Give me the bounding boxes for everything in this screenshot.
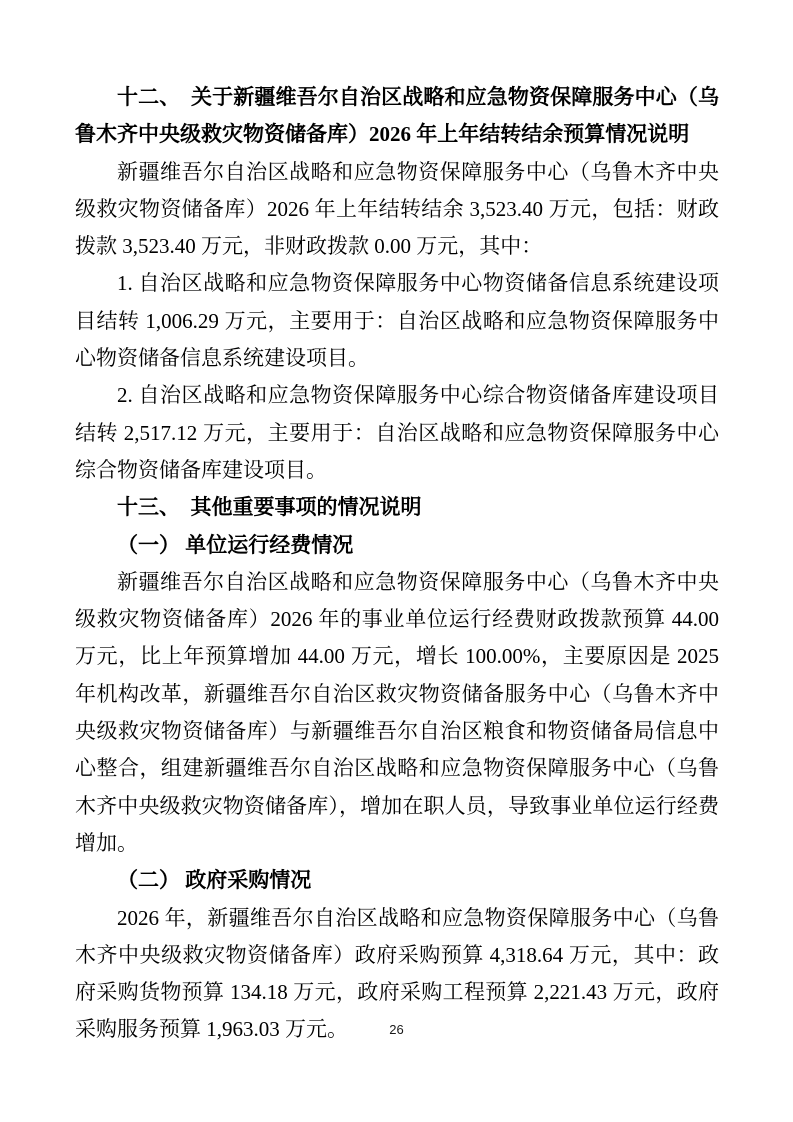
- document-body: 十二、 关于新疆维吾尔自治区战略和应急物资保障服务中心（乌鲁木齐中央级救灾物资储…: [75, 79, 719, 1049]
- paragraph-carryover-summary: 新疆维吾尔自治区战略和应急物资保障服务中心（乌鲁木齐中央级救灾物资储备库）202…: [75, 154, 719, 266]
- subheading-1-operating-expenses: （一） 单位运行经费情况: [75, 527, 719, 564]
- section-heading-13-other-important-matters: 十三、 其他重要事项的情况说明: [75, 489, 719, 526]
- subheading-2-government-procurement: （二） 政府采购情况: [75, 862, 719, 899]
- document-page: 十二、 关于新疆维吾尔自治区战略和应急物资保障服务中心（乌鲁木齐中央级救灾物资储…: [0, 0, 793, 1122]
- paragraph-item-2-warehouse-project: 2. 自治区战略和应急物资保障服务中心综合物资储备库建设项目结转 2,517.1…: [75, 377, 719, 489]
- paragraph-item-1-info-system-project: 1. 自治区战略和应急物资保障服务中心物资储备信息系统建设项目结转 1,006.…: [75, 265, 719, 377]
- paragraph-operating-expenses-detail: 新疆维吾尔自治区战略和应急物资保障服务中心（乌鲁木齐中央级救灾物资储备库）202…: [75, 564, 719, 862]
- section-heading-12-carryover-balance: 十二、 关于新疆维吾尔自治区战略和应急物资保障服务中心（乌鲁木齐中央级救灾物资储…: [75, 79, 719, 154]
- page-number: 26: [0, 1022, 793, 1038]
